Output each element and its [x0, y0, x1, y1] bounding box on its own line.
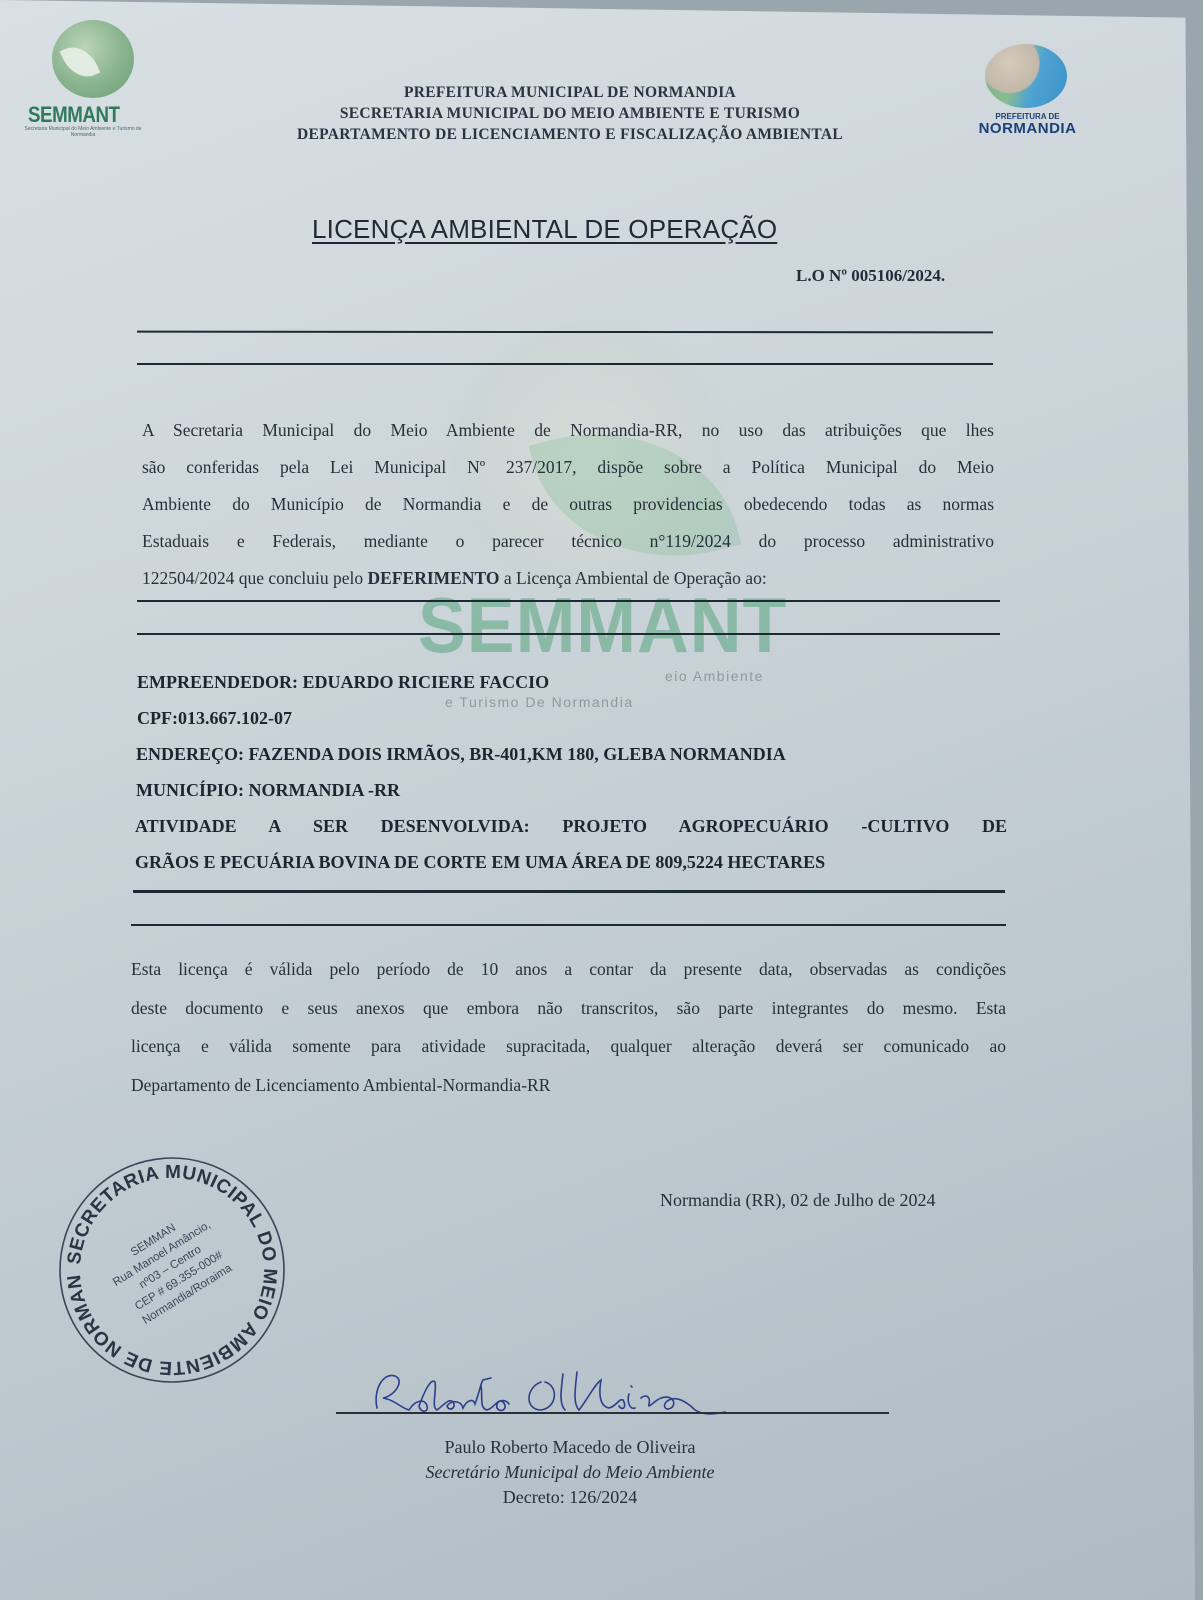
- field-municipio: MUNICÍPIO: NORMANDIA -RR: [136, 772, 1007, 808]
- intro-paragraph: A Secretaria Municipal do Meio Ambiente …: [142, 412, 994, 597]
- intro-line-last: 122504/2024 que concluiu pelo DEFERIMENT…: [142, 560, 994, 597]
- intro-line: são conferidas pela Lei Municipal Nº 237…: [142, 449, 994, 486]
- prefeitura-logo: PREFEITURA DE NORMANDIA: [965, 40, 1090, 140]
- handwritten-signature: [365, 1360, 755, 1420]
- field-atividade-line-2: GRÃOS E PECUÁRIA BOVINA DE CORTE EM UMA …: [135, 844, 1007, 880]
- field-atividade-line-1: ATIVIDADE A SER DESENVOLVIDA: PROJETO AG…: [135, 808, 1007, 844]
- letterhead-line-3: DEPARTAMENTO DE LICENCIAMENTO E FISCALIZ…: [200, 124, 940, 145]
- signer-block: Paulo Roberto Macedo de Oliveira Secretá…: [330, 1435, 810, 1510]
- validity-line: licença e válida somente para atividade …: [131, 1027, 1006, 1066]
- official-stamp: SECRETARIA MUNICIPAL DO MEIO AMBIENTE DE…: [44, 1142, 300, 1398]
- letterhead: PREFEITURA MUNICIPAL DE NORMANDIA SECRET…: [200, 82, 940, 145]
- prefeitura-emblem-icon: [985, 44, 1067, 108]
- validity-line: deste documento e seus anexos que embora…: [131, 989, 1006, 1028]
- field-endereco: ENDEREÇO: FAZENDA DOIS IRMÃOS, BR-401,KM…: [136, 736, 1007, 772]
- validity-line: Esta licença é válida pelo período de 10…: [131, 950, 1006, 989]
- license-number: L.O Nº 005106/2024.: [796, 266, 945, 286]
- field-empreendedor: EMPREENDEDOR: EDUARDO RICIERE FACCIO: [137, 664, 1007, 700]
- validity-paragraph: Esta licença é válida pelo período de 10…: [131, 950, 1006, 1104]
- document-page: SEMMANT Secretaria Municipal do Meio Amb…: [0, 0, 1195, 1600]
- deferimento-label: DEFERIMENTO: [368, 568, 500, 588]
- licensee-fields: EMPREENDEDOR: EDUARDO RICIERE FACCIO CPF…: [137, 664, 1007, 880]
- intro-line: A Secretaria Municipal do Meio Ambiente …: [142, 412, 994, 449]
- document-title: LICENÇA AMBIENTAL DE OPERAÇÃO: [312, 214, 777, 245]
- place-and-date: Normandia (RR), 02 de Julho de 2024: [660, 1190, 935, 1211]
- signature-icon: [365, 1360, 755, 1420]
- stamp-seal-icon: SECRETARIA MUNICIPAL DO MEIO AMBIENTE DE…: [44, 1142, 300, 1398]
- prefeitura-logo-line-2: NORMANDIA: [965, 120, 1090, 137]
- intro-line: Ambiente do Município de Normandia e de …: [142, 486, 994, 523]
- divider: [131, 924, 1006, 926]
- letterhead-line-2: SECRETARIA MUNICIPAL DO MEIO AMBIENTE E …: [200, 103, 940, 124]
- signer-role: Secretário Municipal do Meio Ambiente: [330, 1460, 810, 1485]
- letterhead-line-1: PREFEITURA MUNICIPAL DE NORMANDIA: [200, 82, 940, 103]
- divider: [137, 331, 993, 334]
- signature-line: [336, 1412, 889, 1414]
- semmant-logo-subtitle: Secretaria Municipal do Meio Ambiente e …: [18, 126, 148, 140]
- signer-name: Paulo Roberto Macedo de Oliveira: [330, 1435, 810, 1460]
- validity-line: Departamento de Licenciamento Ambiental-…: [131, 1066, 1006, 1105]
- divider: [137, 363, 993, 365]
- divider: [133, 890, 1005, 893]
- signer-decree: Decreto: 126/2024: [330, 1485, 810, 1510]
- semmant-logo-name: SEMMANT: [28, 102, 120, 128]
- divider: [137, 600, 1000, 602]
- divider: [137, 633, 1000, 635]
- field-cpf: CPF:013.667.102-07: [137, 700, 1007, 736]
- semmant-logo: SEMMANT Secretaria Municipal do Meio Amb…: [18, 16, 138, 131]
- intro-line: Estaduais e Federais, mediante o parecer…: [142, 523, 994, 560]
